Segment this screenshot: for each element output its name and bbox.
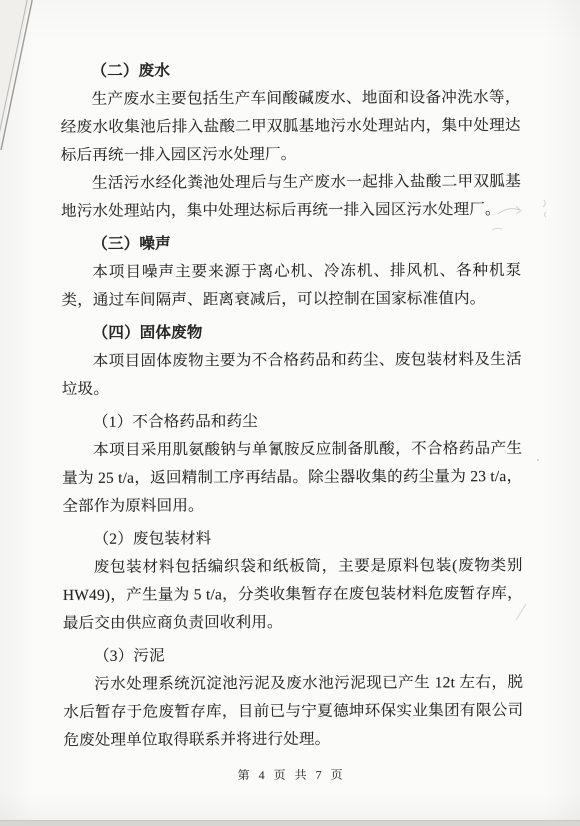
section-heading: （3）污泥 bbox=[63, 641, 523, 671]
document-section: （二）废水 生产废水主要包括生产车间酸碱废水、地面和设备冲洗水等，经废水收集池后… bbox=[60, 56, 521, 226]
section-heading: （四）固体废物 bbox=[62, 318, 522, 348]
section-heading: （1）不合格药品和药尘 bbox=[62, 407, 522, 437]
document-section: （1）不合格药品和药尘 本项目采用肌氨酸钠与单氰胺反应制备肌酸，不合格药品产生量… bbox=[62, 407, 522, 521]
body-paragraph: 生产废水主要包括生产车间酸碱废水、地面和设备冲洗水等，经废水收集池后排入盐酸二甲… bbox=[61, 84, 521, 170]
scan-tilt-wrapper: （二）废水 生产废水主要包括生产车间酸碱废水、地面和设备冲洗水等，经废水收集池后… bbox=[0, 0, 580, 826]
document-section: （2）废包装材料 废包装材料包括编织袋和纸板筒，主要是原料包装(废物类别 HW4… bbox=[62, 524, 522, 638]
scan-bottom-edge bbox=[0, 820, 580, 826]
page-number: 第 4 页 共 7 页 bbox=[2, 765, 580, 785]
document-section: （四）固体废物 本项目固体废物主要为不合格药品和药尘、废包装材料及生活垃圾。 bbox=[62, 318, 522, 404]
body-paragraph: 生活污水经化粪池处理后与生产废水一起排入盐酸二甲双胍基地污水处理站内，集中处理达… bbox=[61, 168, 521, 226]
body-paragraph: 本项目噪声主要来源于离心机、冷冻机、排风机、各种机泵类，通过车间隔声、距离衰减后… bbox=[61, 257, 521, 315]
document-section: （三）噪声 本项目噪声主要来源于离心机、冷冻机、排风机、各种机泵类，通过车间隔声… bbox=[61, 229, 521, 315]
body-paragraph: 污水处理系统沉淀池污泥及废水池污泥现已产生 12t 左右，脱水后暂存于危废暂存库… bbox=[63, 669, 523, 755]
section-heading: （三）噪声 bbox=[61, 229, 521, 259]
body-paragraph: 废包装材料包括编织袋和纸板筒，主要是原料包装(废物类别 HW49)，产生量为 5… bbox=[63, 552, 523, 638]
section-heading: （二）废水 bbox=[60, 56, 520, 86]
section-heading: （2）废包装材料 bbox=[62, 524, 522, 554]
body-paragraph: 本项目采用肌氨酸钠与单氰胺反应制备肌酸，不合格药品产生量为 25 t/a，返回精… bbox=[62, 435, 522, 521]
document-section: （3）污泥 污水处理系统沉淀池污泥及废水池污泥现已产生 12t 左右，脱水后暂存… bbox=[63, 641, 523, 755]
body-paragraph: 本项目固体废物主要为不合格药品和药尘、废包装材料及生活垃圾。 bbox=[62, 346, 522, 404]
document-body: （二）废水 生产废水主要包括生产车间酸碱废水、地面和设备冲洗水等，经废水收集池后… bbox=[60, 51, 523, 755]
